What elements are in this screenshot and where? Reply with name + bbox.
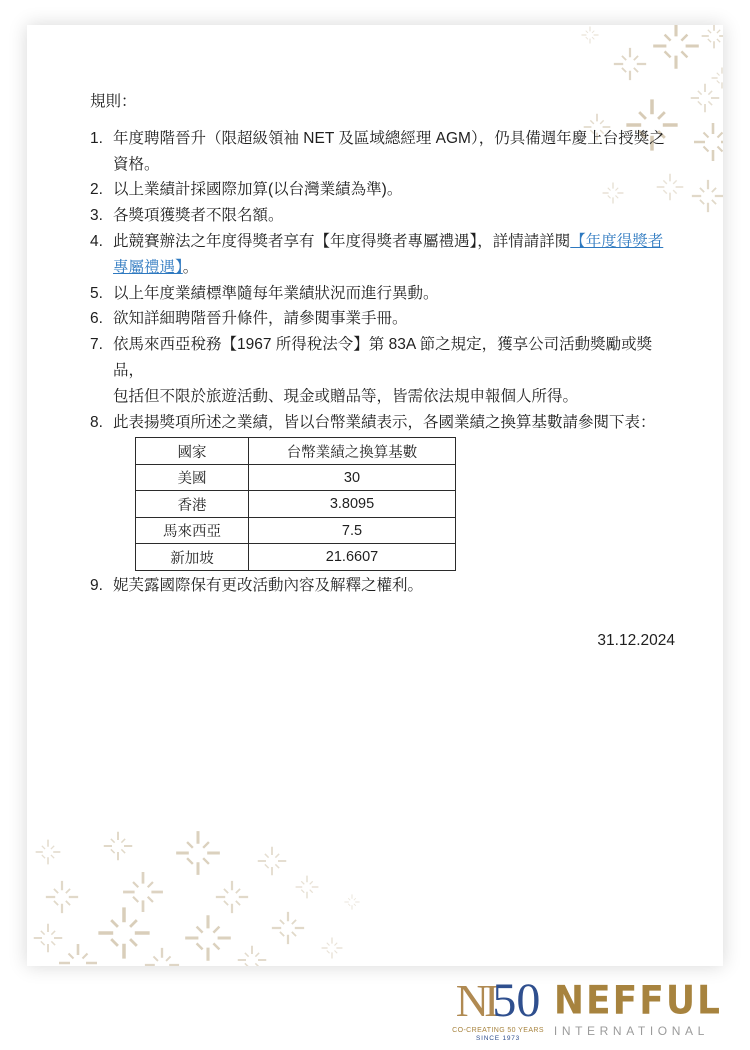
rule-text: 以上業績計採國際加算(以台灣業績為準)。 [113, 177, 675, 203]
rule-text-after-link: 。 [183, 259, 199, 276]
table-header-row: 國家 台幣業績之換算基數 [136, 438, 456, 465]
brand-subtitle: INTERNATIONAL [554, 1024, 722, 1038]
rule-text: 欲知詳細聘階晉升條件，請參閱事業手冊。 [113, 306, 675, 332]
table-cell-rate: 7.5 [249, 517, 456, 544]
rule-number: 7. [90, 332, 113, 409]
table-cell-rate: 30 [249, 464, 456, 491]
table-row: 新加坡 21.6607 [136, 544, 456, 571]
sparkle-icon [344, 894, 360, 910]
table-cell-country: 新加坡 [136, 544, 249, 571]
rule-number: 4. [90, 229, 113, 281]
table-cell-country: 香港 [136, 491, 249, 518]
rule-text: 此競賽辦法之年度得獎者享有【年度得獎者專屬禮遇】，詳情請詳閱【年度得獎者 專屬禮… [113, 229, 675, 281]
table-row: 馬來西亞 7.5 [136, 517, 456, 544]
rule-item-7: 7. 依馬來西亞稅務【1967 所得稅法令】第 83A 節之規定，獲享公司活動獎… [90, 332, 675, 409]
rule-number: 6. [90, 306, 113, 332]
document-canvas: 規則： 1. 年度聘階晉升（限超級領袖 NET 及區域總經理 AGM），仍具備週… [0, 0, 750, 1050]
rules-heading: 規則： [90, 89, 675, 115]
rule-number: 9. [90, 573, 113, 599]
rule-text: 以上年度業績標準隨每年業績狀況而進行異動。 [113, 281, 675, 307]
table-row: 美國 30 [136, 464, 456, 491]
table-header-rate: 台幣業績之換算基數 [249, 438, 456, 465]
sparkle-icon [321, 937, 343, 959]
rule-text: 妮芙露國際保有更改活動內容及解釋之權利。 [113, 573, 675, 599]
sparkle-icon [45, 880, 79, 914]
rule-number: 2. [90, 177, 113, 203]
logo-nefful: NEFFUL INTERNATIONAL [554, 982, 722, 1038]
rule-item-9: 9. 妮芙露國際保有更改活動內容及解釋之權利。 [90, 573, 675, 599]
table-header-country: 國家 [136, 438, 249, 465]
rules-list: 1. 年度聘階晉升（限超級領袖 NET 及區域總經理 AGM），仍具備週年慶上台… [90, 126, 675, 599]
rule-item-5: 5. 以上年度業績標準隨每年業績狀況而進行異動。 [90, 281, 675, 307]
footer-brand: NI50 CO-CREATING 50 YEARS SINCE 1973 NEF… [452, 977, 722, 1042]
sparkle-icon [184, 914, 232, 962]
table-row: 香港 3.8095 [136, 491, 456, 518]
rule-text: 此表揚獎項所述之業績，皆以台幣業績表示，各國業績之換算基數請參閱下表： [113, 410, 675, 436]
monogram-50: 50 [492, 974, 540, 1027]
sparkle-icon [237, 945, 267, 966]
sparkle-icon [58, 943, 98, 966]
rule-number: 1. [90, 126, 113, 178]
rule-text: 年度聘階晉升（限超級領袖 NET 及區域總經理 AGM），仍具備週年慶上台授獎之… [113, 126, 675, 178]
logo-tagline-since: SINCE 1973 [452, 1035, 544, 1042]
rule-number: 3. [90, 203, 113, 229]
rule-text: 各獎項獲獎者不限名額。 [113, 203, 675, 229]
sparkle-icon [693, 122, 723, 162]
rule-text: 依馬來西亞稅務【1967 所得稅法令】第 83A 節之規定，獲享公司活動獎勵或獎… [113, 332, 675, 409]
table-cell-country: 美國 [136, 464, 249, 491]
table-cell-rate: 21.6607 [249, 544, 456, 571]
sparkle-icon [257, 846, 287, 876]
logo-ni50-monogram: NI50 CO-CREATING 50 YEARS SINCE 1973 [452, 977, 544, 1042]
sparkle-icon [295, 875, 319, 899]
rule-item-8: 8. 此表揚獎項所述之業績，皆以台幣業績表示，各國業績之換算基數請參閱下表： [90, 410, 675, 436]
table-cell-country: 馬來西亞 [136, 517, 249, 544]
rule-item-4: 4. 此競賽辦法之年度得獎者享有【年度得獎者專屬禮遇】，詳情請詳閱【年度得獎者 … [90, 229, 675, 281]
rule-number: 8. [90, 410, 113, 436]
sparkle-icon [35, 839, 61, 865]
rule-item-6: 6. 欲知詳細聘階晉升條件，請參閱事業手冊。 [90, 306, 675, 332]
sparkle-icon [691, 179, 723, 213]
sparkle-icon [271, 911, 305, 945]
table-cell-rate: 3.8095 [249, 491, 456, 518]
ni50-letters: NI50 [452, 977, 544, 1025]
rule-item-3: 3. 各獎項獲獎者不限名額。 [90, 203, 675, 229]
document-page: 規則： 1. 年度聘階晉升（限超級領袖 NET 及區域總經理 AGM），仍具備週… [27, 25, 723, 966]
rule-text-before-link: 此競賽辦法之年度得獎者享有【年度得獎者專屬禮遇】，詳情請詳閱 [113, 233, 570, 250]
sparkle-icon [711, 67, 723, 89]
logo-tagline-co-creating: CO-CREATING 50 YEARS [452, 1027, 544, 1034]
brand-wordmark: NEFFUL [554, 982, 722, 1021]
sparkle-icon [175, 830, 221, 876]
document-date: 31.12.2024 [90, 630, 675, 652]
sparkle-icon [97, 906, 151, 960]
rule-item-1: 1. 年度聘階晉升（限超級領袖 NET 及區域總經理 AGM），仍具備週年慶上台… [90, 126, 675, 178]
currency-conversion-table: 國家 台幣業績之換算基數 美國 30 香港 3.8095 馬來西亞 [135, 437, 456, 571]
rule-number: 5. [90, 281, 113, 307]
sparkle-icon [701, 25, 723, 49]
sparkle-icon [103, 831, 133, 861]
rule-item-2: 2. 以上業績計採國際加算(以台灣業績為準)。 [90, 177, 675, 203]
sparkle-icon [144, 947, 180, 966]
sparkle-icon [215, 880, 249, 914]
document-content: 規則： 1. 年度聘階晉升（限超級領袖 NET 及區域總經理 AGM），仍具備週… [90, 25, 675, 652]
